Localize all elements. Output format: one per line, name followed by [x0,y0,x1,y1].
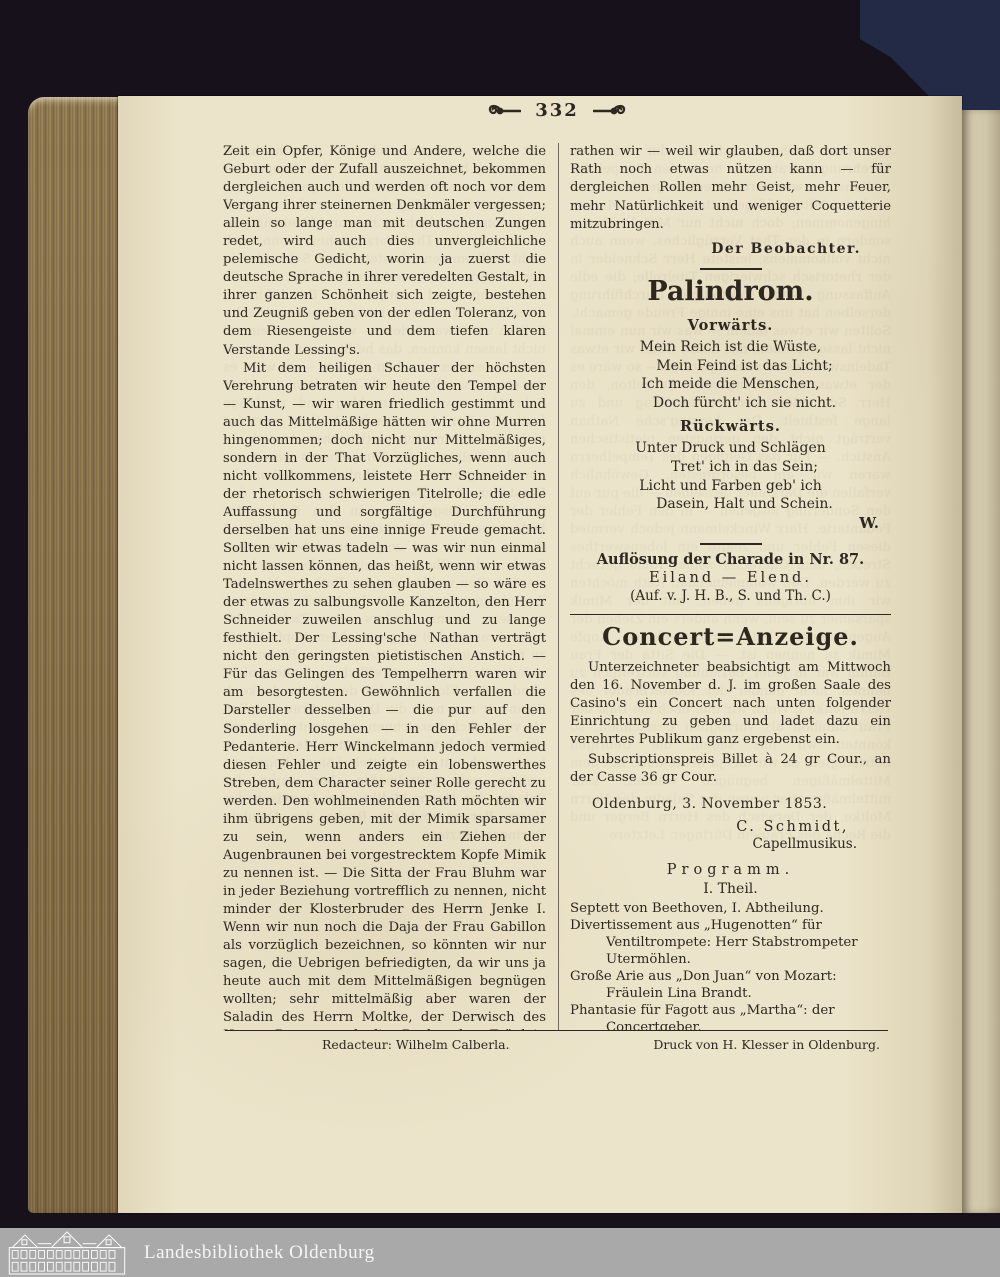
scanned-page: 332 Mit dem heiligen Schauer der höchste… [118,96,962,1213]
section-divider-rule [570,614,891,615]
poem-line: Doch fürcht' ich sie nicht. [584,394,891,413]
left-column: Mit dem heiligen Schauer der höchsten Ve… [223,143,546,1031]
poem-line: Licht und Farben geb' ich [570,477,891,496]
poem-line: Unter Druck und Schlägen [570,439,891,458]
program-part1-label: I. Theil. [570,881,891,897]
header-ornament-right-icon [593,103,627,118]
imprint-druck: Druck von H. Klesser in Oldenburg. [653,1037,880,1052]
imprint-row: Redacteur: Wilhelm Calberla. Druck von H… [226,1037,888,1052]
article-paragraph: Zeit ein Opfer, Könige und Andere, welch… [223,143,546,360]
charade-heading: Auflösung der Charade in Nr. 87. [570,551,891,568]
program-item: Septett von Beethoven, I. Abtheilung. [570,900,891,917]
poem-line: Mein Feind ist das Licht; [584,357,891,376]
program-heading: Programm. [570,862,891,878]
right-column: Mit dem heiligen Schauer der höchsten Ve… [570,143,891,1031]
column-divider-rule [558,143,559,1030]
header-ornament-left-icon [487,103,521,118]
poem-backward-label: Rückwärts. [570,418,891,435]
poem-line: Ich meide die Menschen, [570,375,891,394]
library-footer-bar: Landesbibliothek Oldenburg [0,1228,1000,1277]
charade-credit: (Auf. v. J. H. B., S. und Th. C.) [570,588,891,604]
page-header: 332 [223,100,891,121]
poem-forward: Mein Reich ist die Wüste,Mein Feind ist … [570,338,891,412]
poem-line: Tret' ich in das Sein; [584,458,891,477]
concert-announcement: Unterzeichneter beabsichtigt am Mittwoch… [570,659,891,749]
page-number: 332 [535,100,579,121]
next-page-edge [962,110,1000,1213]
poem-line: Mein Reich ist die Wüste, [570,338,891,357]
imprint-redacteur: Redacteur: Wilhelm Calberla. [322,1037,510,1052]
concert-dateline: Oldenburg, 3. November 1853. [570,796,891,812]
concert-signer-title: Capellmusikus. [570,836,891,852]
left-column-text: Zeit ein Opfer, Könige und Andere, welch… [223,143,546,1031]
program-item: Phantasie für Fagott aus „Martha“: der C… [570,1002,891,1031]
poem-line: Dasein, Halt und Schein. [584,495,891,514]
section-divider-rule [700,543,762,545]
program-part1-items: Septett von Beethoven, I. Abtheilung.Div… [570,900,891,1031]
program-item: Große Arie aus „Don Juan“ von Mozart: Fr… [570,968,891,1002]
article-continuation: rathen wir — weil wir glauben, daß dort … [570,143,891,234]
poem-forward-label: Vorwärts. [570,317,891,334]
article-paragraph: Mit dem heiligen Schauer der höchsten Ve… [223,360,546,1031]
poem-backward: Unter Druck und SchlägenTret' ich in das… [570,439,891,513]
page-content: 332 Mit dem heiligen Schauer der höchste… [118,96,962,1213]
concert-signer-name: C. Schmidt, [570,819,891,835]
palindrom-heading: Palindrom. [570,276,891,307]
section-divider-rule [700,268,762,270]
scanned-book-viewer: 332 Mit dem heiligen Schauer der höchste… [0,0,1000,1277]
book-page-edges [28,97,122,1213]
program-item: Divertissement aus „Hugenotten“ für Vent… [570,917,891,968]
charade-solution: Eiland — Elend. [570,570,891,586]
article-signature: Der Beobachter. [570,241,891,257]
right-column-text: rathen wir — weil wir glauben, daß dort … [570,143,891,1031]
library-name-label: Landesbibliothek Oldenburg [144,1242,375,1264]
concert-heading: Concert=Anzeige. [570,622,891,651]
library-building-icon [8,1230,126,1275]
concert-price: Subscriptionspreis Billet à 24 gr Cour.,… [570,751,891,787]
poem-author: W. [570,514,891,532]
